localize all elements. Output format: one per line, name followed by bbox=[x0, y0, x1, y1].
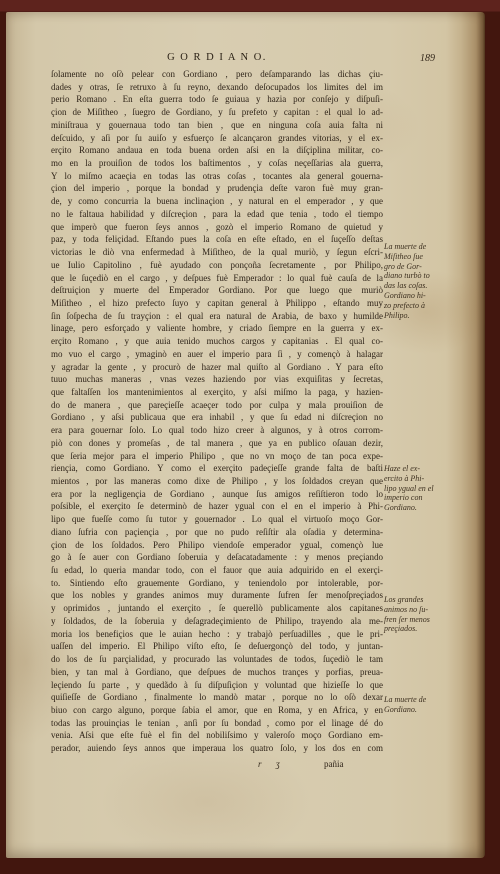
text-line: ſolamente no oſò pelear con Gordiano , p… bbox=[51, 68, 383, 81]
book-page-scan: 189 G O R D I A N O. ſolamente no oſò pe… bbox=[0, 0, 500, 874]
text-line: do los de ſu parçialidad, y procurado la… bbox=[51, 653, 383, 666]
text-line: biuo con cargo alguno, porque ſabia el a… bbox=[51, 704, 383, 717]
signature-mark: r ʒ bbox=[258, 759, 286, 769]
text-line: y agradar la gente , y procurò de hazer … bbox=[51, 361, 383, 374]
text-line: era por la negligençia de Gordiano , aun… bbox=[51, 488, 383, 501]
text-line: que ſeria mejor para el imperio Philipo … bbox=[51, 450, 383, 463]
text-line: y oprimidos , juntando el exerçito , ſe … bbox=[51, 602, 383, 615]
text-line: que imperò que fueron ſeys annos , gozò … bbox=[51, 221, 383, 234]
text-line: miniſtraua y gouernaua todo tan bien , q… bbox=[51, 119, 383, 132]
text-line: do de manera , que pareçieſſe acaeçer to… bbox=[51, 399, 383, 412]
text-line: deſcuido, y aſi por ſu auiſo y esfuerço … bbox=[51, 132, 383, 145]
text-line: victorias le diò vna enfermedad à Miſith… bbox=[51, 246, 383, 259]
text-line: tuuo muchas maneras , vnas vezes haziend… bbox=[51, 373, 383, 386]
text-line: riençia, como Gordiano. Y como el exerçi… bbox=[51, 462, 383, 475]
text-line: ue Iulio Capitolino , fuè ayudado con po… bbox=[51, 259, 383, 272]
text-line: Miſitheo , el hizo prefecto ſuyo y capit… bbox=[51, 297, 383, 310]
text-line: moria los benefiçios que le auian hecho … bbox=[51, 628, 383, 641]
text-line: diano ſufria con paçiençia , por que no … bbox=[51, 526, 383, 539]
text-line: ſin ſoſpecha de ſu trayçion : el qual er… bbox=[51, 310, 383, 323]
text-line: mientos , por las maneras como dixe de P… bbox=[51, 475, 383, 488]
text-line: to. Sintiendo eſto grauemente Gordiano, … bbox=[51, 577, 383, 590]
text-line: perio Romano . En eſta guerra todo ſe gu… bbox=[51, 93, 383, 106]
text-line: que faltaſſen los mantenimientos al exer… bbox=[51, 386, 383, 399]
text-line: linage, pero esforçado y valiente hombre… bbox=[51, 322, 383, 335]
text-line: lipo que fueſſe como ſu tutor y gouernad… bbox=[51, 513, 383, 526]
margin-note-death-of-misitheo: La muerte de Miſitheo ſue gro de Gor- di… bbox=[384, 242, 458, 320]
text-line: paz, y toda feliçidad. Eſtando pues la c… bbox=[51, 233, 383, 246]
text-line: uaſſen del imperio. El Philipo viſto eſt… bbox=[51, 640, 383, 653]
text-line: piò con dones y promeſas , de tal manera… bbox=[51, 437, 383, 450]
text-line: venia. Aſsi que eſte fuè el fin del nobi… bbox=[51, 729, 383, 742]
text-line: deſtruiçion y muerte del Emperador Gordi… bbox=[51, 284, 383, 297]
catchword: pañia bbox=[324, 759, 344, 769]
text-line: bien, y tan mal à Gordiano, que deſpues … bbox=[51, 666, 383, 679]
text-line: todas las prouinçias le tenian , anſi po… bbox=[51, 717, 383, 730]
text-line: mo vuo el cargo , ymaginò en auer el imp… bbox=[51, 348, 383, 361]
text-line: que le ſuçediò en el cargo , y deſpues f… bbox=[51, 272, 383, 285]
page-number: 189 bbox=[420, 53, 435, 64]
margin-note-great-spirits: Los grandes animos no ſu- fren ſer menos… bbox=[384, 595, 458, 634]
text-line: Y lo miſmo acaeçia en todas las otras co… bbox=[51, 170, 383, 183]
text-line: erçito Romano andaua en toda buena orden… bbox=[51, 144, 383, 157]
text-line: ſu edad, lo queria mandar todo, con el f… bbox=[51, 564, 383, 577]
text-line: çion de los ſoldados. Pero Philipo viend… bbox=[51, 539, 383, 552]
margin-note-philipo-made-equal: Haze el ex- ercito à Phi- lipo ygual en … bbox=[384, 464, 458, 513]
body-text: ſolamente no oſò pelear con Gordiano , p… bbox=[51, 68, 383, 755]
running-head: G O R D I A N O. bbox=[51, 52, 383, 63]
margin-note-death-of-gordiano: La muerte de Gordiano. bbox=[384, 695, 458, 715]
text-column: G O R D I A N O. ſolamente no oſò pelear… bbox=[51, 52, 383, 755]
text-line: mo en la prouiſion de todos los baſtimen… bbox=[51, 157, 383, 170]
text-line: quiſieſſe de Gordiano , finalmente lo ma… bbox=[51, 691, 383, 704]
text-line: era para gouernar ſolo. Lo qual todo hiz… bbox=[51, 424, 383, 437]
text-line: erçito Romano , y que auia tenido muchos… bbox=[51, 335, 383, 348]
text-line: poſsible, el exerçito ſe determinò de ha… bbox=[51, 500, 383, 513]
text-line: de, y como concurria la buena inclinaçio… bbox=[51, 195, 383, 208]
text-line: dades y otras, ſe retruxo à ſu reyno, de… bbox=[51, 81, 383, 94]
text-line: que los nobles y grandes animos muy dura… bbox=[51, 589, 383, 602]
text-line: Gordiano , y aſsi publicaua que era inha… bbox=[51, 411, 383, 424]
text-line: perador, auiendo ſeys annos que imperaua… bbox=[51, 742, 383, 755]
text-line: çion del imperio , porque la bondad y pr… bbox=[51, 182, 383, 195]
text-line: no le faltaua habilidad y diſcreçion , p… bbox=[51, 208, 383, 221]
text-line: go à ſe auer con Gordiano ſoberuia y deſ… bbox=[51, 551, 383, 564]
text-line: leçiendo ſu parte , y quedãdo à ſu diſpu… bbox=[51, 679, 383, 692]
text-line: y ſoldados, de la ſoberuia y deſagradeçi… bbox=[51, 615, 383, 628]
paper-page: 189 G O R D I A N O. ſolamente no oſò pe… bbox=[6, 12, 485, 858]
text-line: çion de Miſitheo , ſuegro de Gordiano, y… bbox=[51, 106, 383, 119]
